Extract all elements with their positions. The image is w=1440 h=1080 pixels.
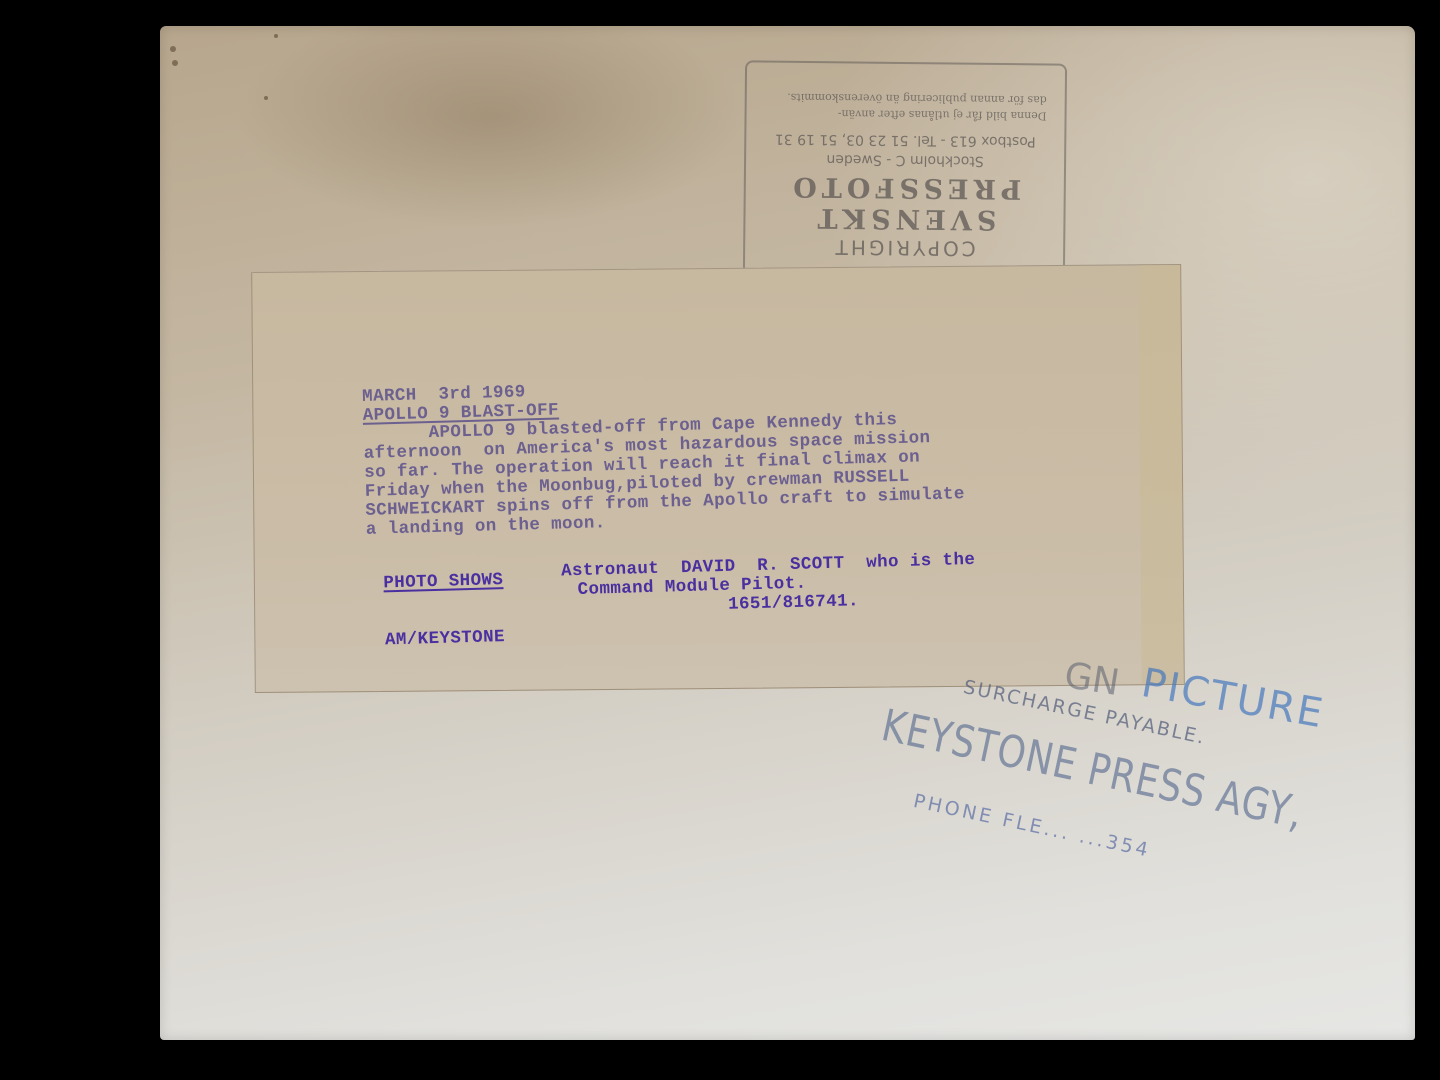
copyright-contact: Postbox 613 - Tel. 51 23 03, 51 19 31 xyxy=(746,130,1064,149)
stain-spot xyxy=(274,34,278,38)
stain-spot xyxy=(170,46,176,52)
copyright-notice-1: Denna bild får ej utlånas efter använ- xyxy=(764,105,1046,124)
copyright-city: Stockholm C - Sweden xyxy=(746,150,1064,169)
copyright-notice-2: das för annan publicering än överenskomm… xyxy=(765,89,1047,108)
stain-spot xyxy=(172,60,178,66)
stamp-partial-text: GN xyxy=(1062,655,1123,704)
tape-strip xyxy=(1138,265,1184,684)
photo-reference-number: 1651/816741. xyxy=(728,592,859,615)
copyright-agency: SVENSKT PRESSFOTO xyxy=(745,170,1064,235)
copyright-stamp: COPYRIGHT SVENSKT PRESSFOTO Stockholm C … xyxy=(743,60,1067,277)
copyright-title: COPYRIGHT xyxy=(745,234,1063,261)
stain-spot xyxy=(264,96,268,100)
photo-credit: AM/KEYSTONE xyxy=(385,628,505,650)
photo-shows-label: PHOTO SHOWS xyxy=(383,571,503,593)
